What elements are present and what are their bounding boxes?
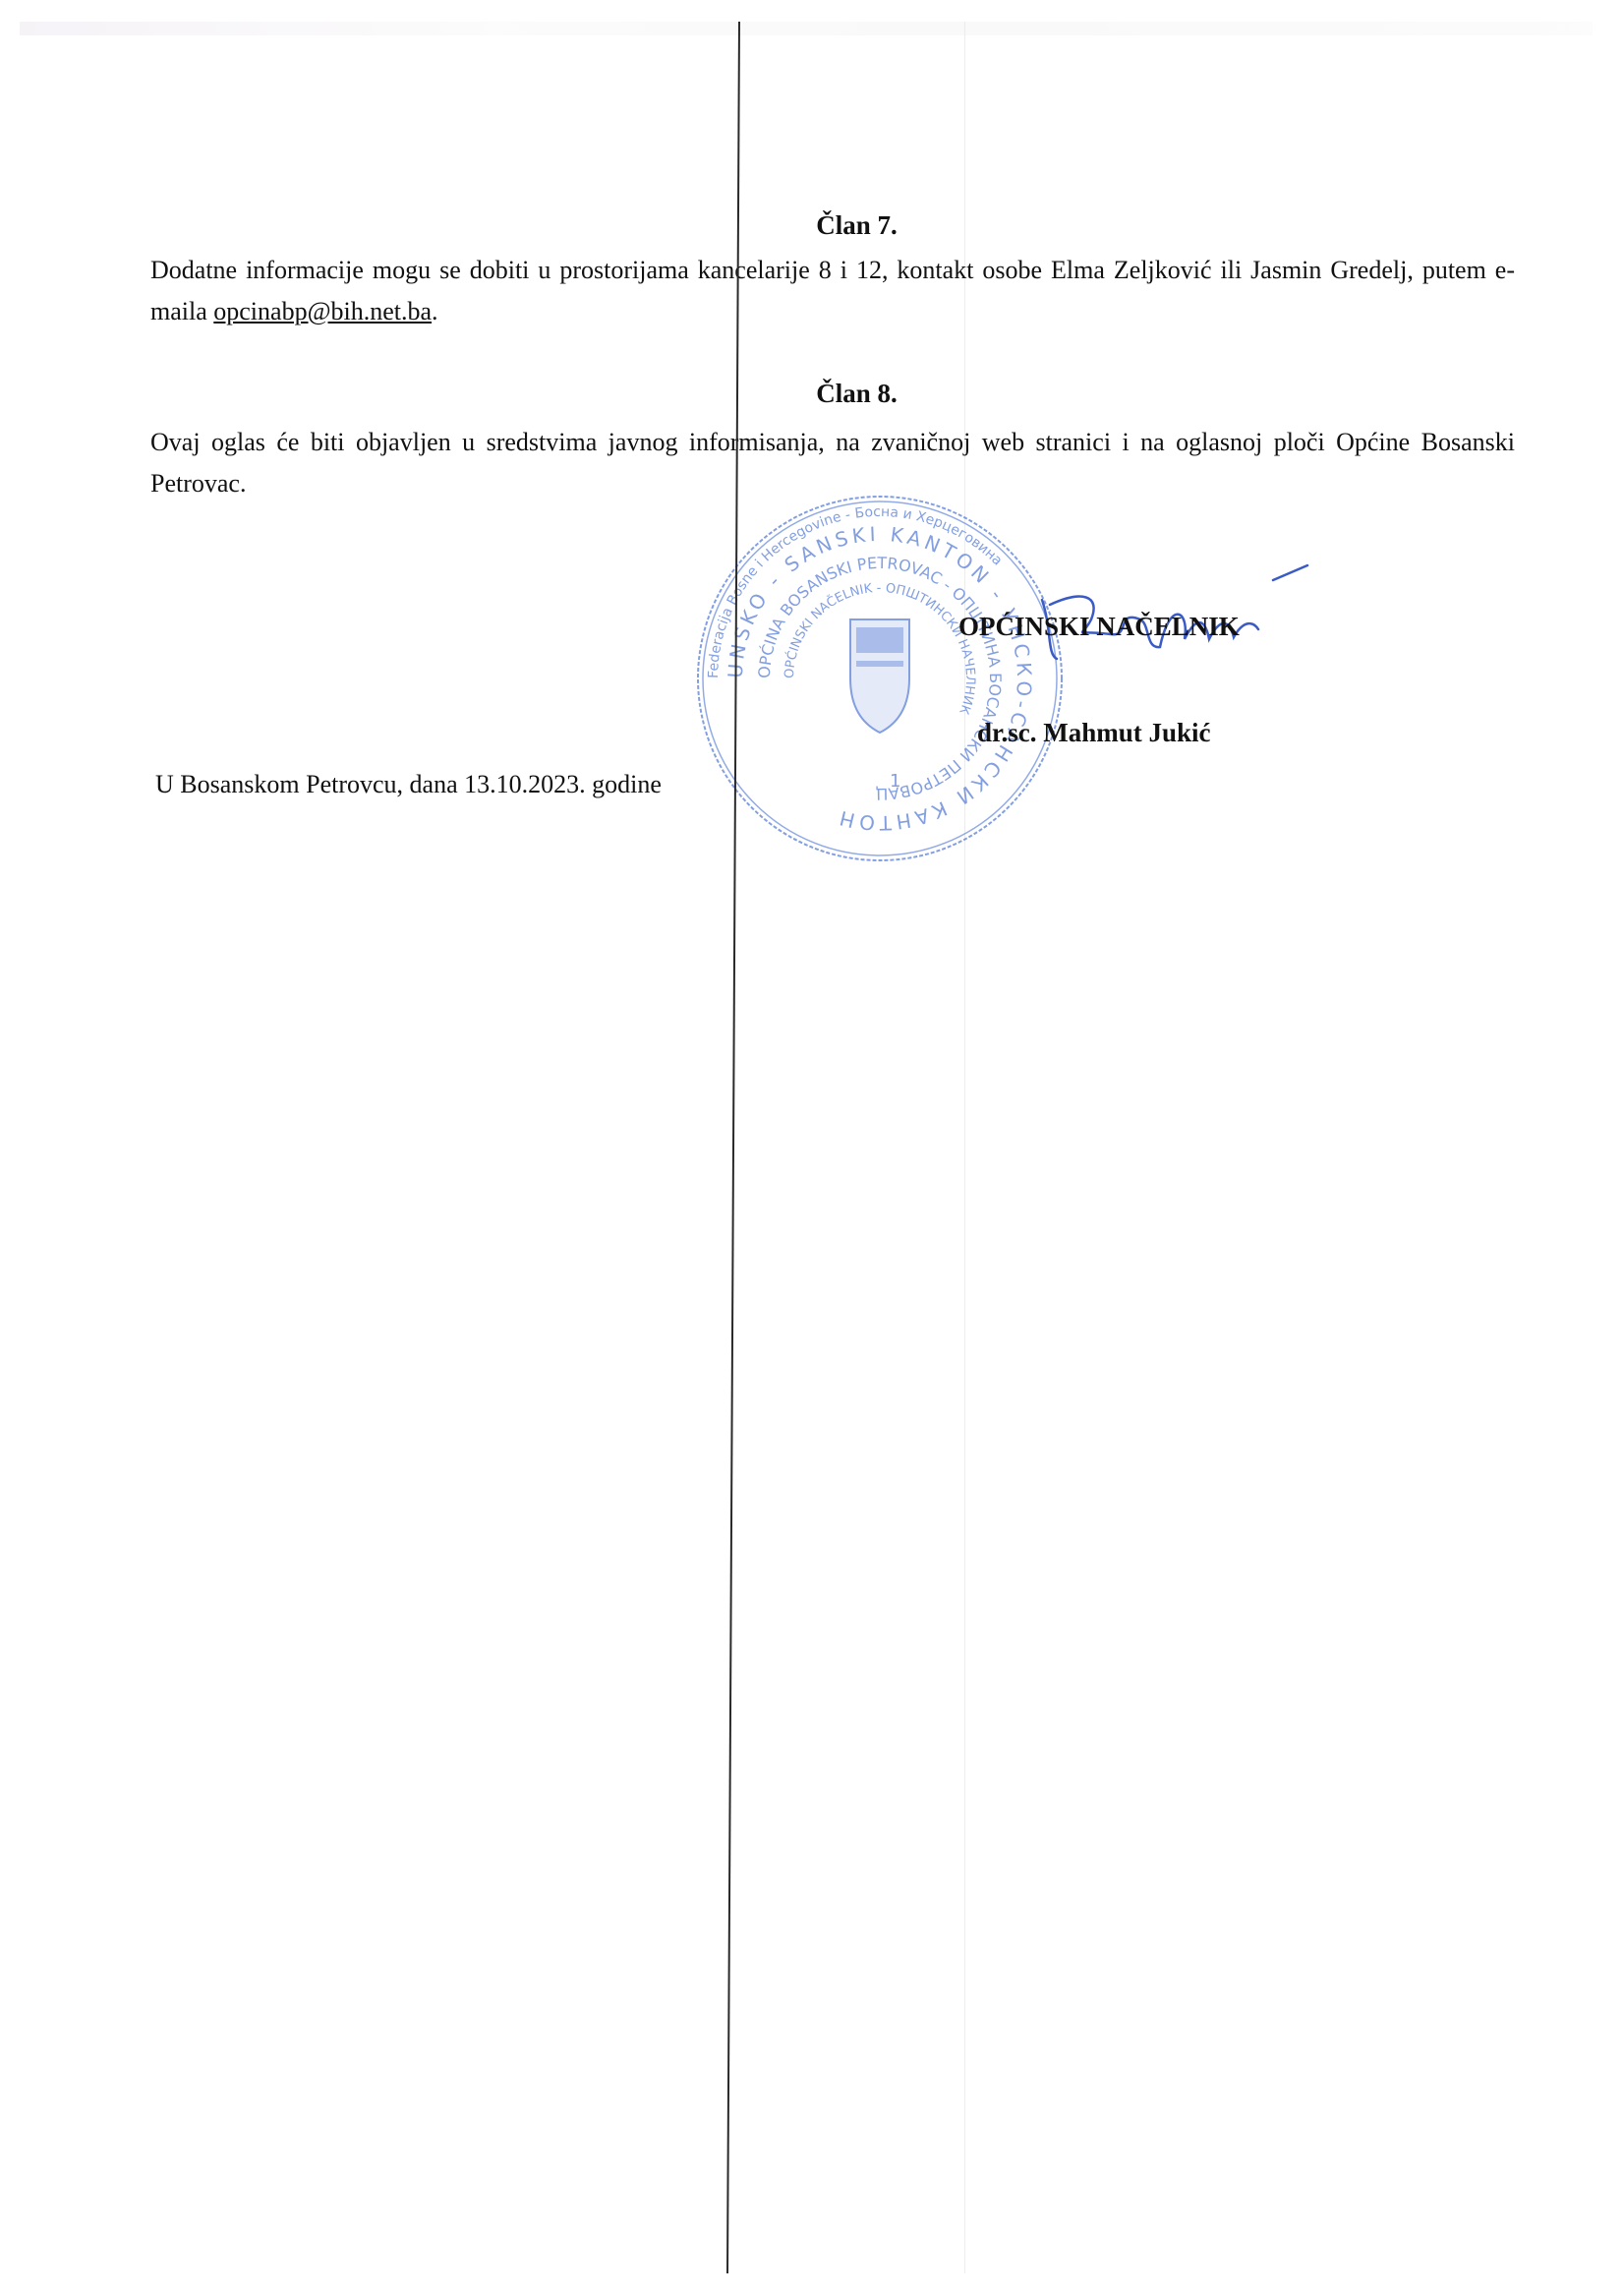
paragraph-end: . — [432, 297, 438, 325]
section-heading-clan-7: Član 7. — [0, 210, 1623, 241]
paragraph-text: Ovaj oglas će biti objavljen u sredstvim… — [150, 428, 1515, 498]
heading-text: Član 7. — [816, 210, 898, 240]
scan-artifact-faint-line — [964, 22, 965, 2273]
heading-text: Član 8. — [816, 379, 898, 408]
svg-text:1: 1 — [890, 771, 900, 792]
place-and-date: U Bosanskom Petrovcu, dana 13.10.2023. g… — [155, 770, 662, 799]
section-paragraph-clan-7: Dodatne informacije mogu se dobiti u pro… — [150, 250, 1515, 332]
email-link[interactable]: opcinabp@bih.net.ba — [213, 297, 432, 325]
section-heading-clan-8: Član 8. — [0, 379, 1623, 409]
official-stamp-icon: Federacija Bosne i Hercegovine - Босна и… — [693, 492, 1067, 865]
scan-artifact-vertical-line — [726, 22, 740, 2273]
signatory-title: OPĆINSKI NAČELNIK — [958, 612, 1240, 642]
signatory-name: dr.sc. Mahmut Jukić — [977, 718, 1211, 748]
scan-artifact-top — [20, 22, 1593, 35]
